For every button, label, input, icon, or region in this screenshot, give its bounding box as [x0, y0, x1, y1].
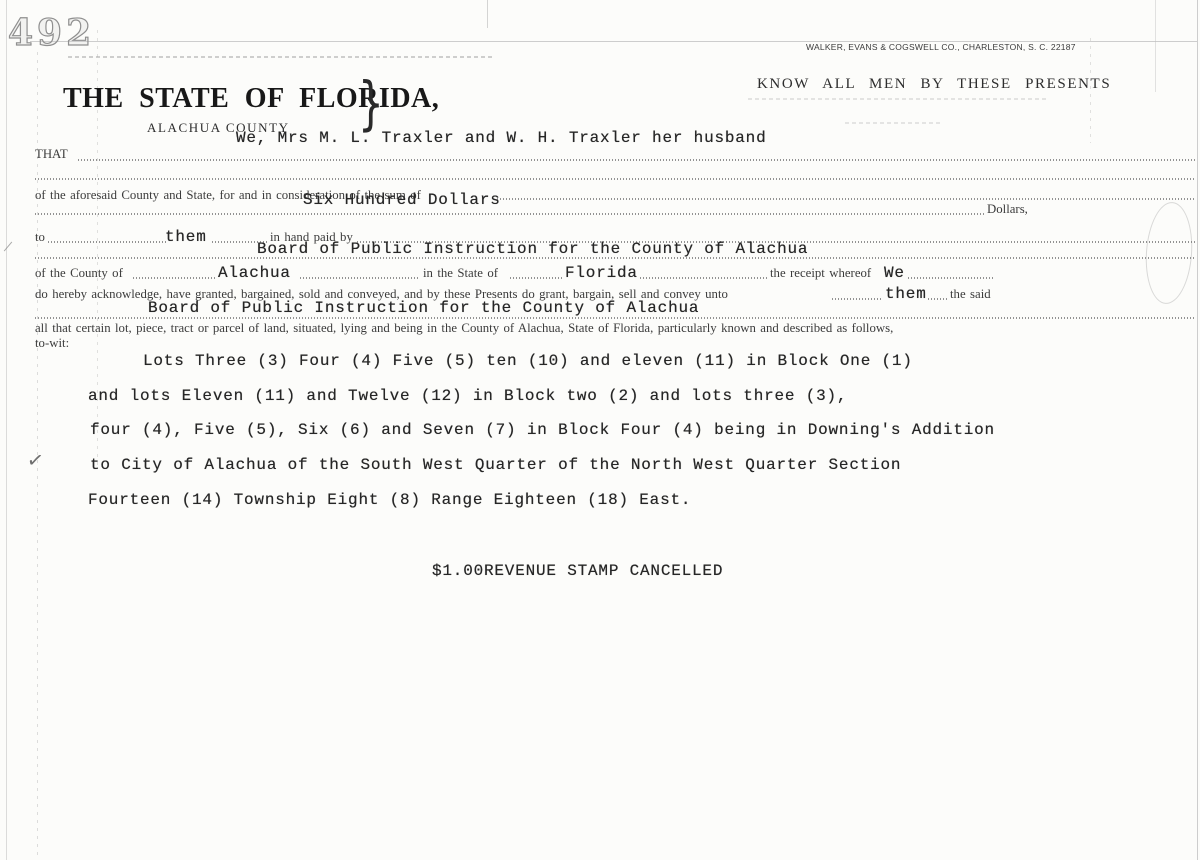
the-said-label: the said: [950, 287, 991, 302]
dollars-label: Dollars,: [987, 202, 1028, 217]
dotted-line: [35, 257, 1195, 259]
to-wit-label: to-wit:: [35, 336, 69, 351]
dotted-line: [48, 241, 168, 243]
to-label: to: [35, 230, 45, 245]
grantee-typed-entry: Board of Public Instruction for the Coun…: [148, 299, 699, 317]
county-of-label: of the County of: [35, 266, 123, 281]
description-intro: all that certain lot, piece, tract or pa…: [35, 321, 893, 336]
revenue-stamp-label: REVENUE STAMP CANCELLED: [484, 562, 723, 580]
page-number-stamp: 492: [8, 12, 95, 54]
dotted-line: [133, 277, 216, 279]
dotted-line: [640, 277, 768, 279]
legal-description-line: Lots Three (3) Four (4) Five (5) ten (10…: [143, 352, 913, 370]
scan-noise-row: [748, 98, 1046, 100]
county-typed-entry: Alachua: [218, 264, 291, 282]
legal-description-line: and lots Eleven (11) and Twelve (12) in …: [88, 387, 847, 405]
grantee-typed-entry: Board of Public Instruction for the Coun…: [257, 240, 808, 258]
dotted-line: [497, 198, 1195, 200]
dotted-line: [78, 159, 1195, 161]
smudge-line: [68, 56, 493, 58]
dotted-line: [908, 277, 993, 279]
legal-description-line: four (4), Five (5), Six (6) and Seven (7…: [90, 421, 995, 439]
them-typed-entry: them: [165, 228, 207, 246]
receipt-whereof-label: the receipt whereof: [770, 266, 871, 281]
state-typed-entry: Florida: [565, 264, 638, 282]
scanned-deed-page: 492 WALKER, EVANS & COGSWELL CO., CHARLE…: [0, 0, 1200, 860]
grantors-typed-entry: We, Mrs M. L. Traxler and W. H. Traxler …: [236, 129, 766, 147]
dotted-line: [832, 298, 883, 300]
brace-glyph: }: [358, 74, 384, 132]
that-label: THAT: [35, 147, 68, 162]
dotted-line: [928, 298, 948, 300]
dotted-line: [35, 178, 1195, 180]
margin-checkmark: ✓: [25, 447, 45, 473]
scan-artifact-loop: [1142, 201, 1195, 306]
dotted-line: [35, 317, 1195, 319]
printer-credit: WALKER, EVANS & COGSWELL CO., CHARLESTON…: [806, 42, 1076, 52]
state-of-label: in the State of: [423, 266, 498, 281]
page-right-edge-line: [1197, 0, 1198, 860]
dotted-line: [300, 277, 420, 279]
revenue-stamp-amount: $1.00: [432, 562, 484, 580]
we-typed-entry: We: [884, 264, 905, 282]
them-typed-entry: them: [885, 285, 927, 303]
scan-noise-row: [845, 122, 940, 124]
page-left-edge-line: [6, 0, 7, 860]
legal-description-line: Fourteen (14) Township Eight (8) Range E…: [88, 491, 691, 509]
legal-description-line: to City of Alachua of the South West Qua…: [90, 456, 901, 474]
dotted-line: [35, 213, 985, 215]
right-margin-line: [1155, 0, 1156, 92]
presents-heading: KNOW ALL MEN BY THESE PRESENTS: [757, 76, 1111, 93]
top-center-crease-line: [487, 0, 488, 28]
dotted-line: [510, 277, 563, 279]
consideration-typed-entry: Six Hundred Dollars: [303, 191, 501, 209]
